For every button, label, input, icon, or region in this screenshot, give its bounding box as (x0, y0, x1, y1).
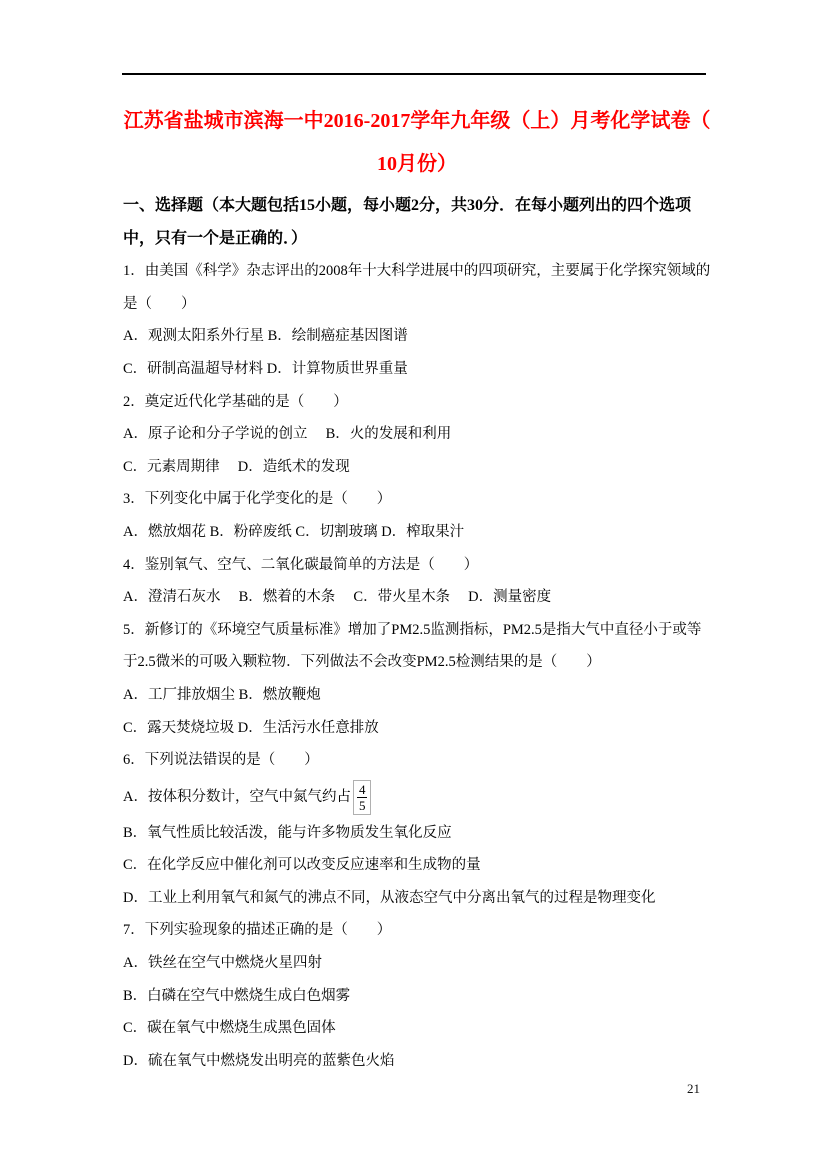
question-1-options-cd: C．研制高温超导材料 D．计算物质世界重量 (123, 353, 711, 386)
question-5-options-ab: A．工厂排放烟尘 B．燃放鞭炮 (123, 679, 711, 712)
question-7-stem: 7．下列实验现象的描述正确的是（ ） (123, 914, 711, 947)
question-6-option-b: B．氧气性质比较活泼，能与许多物质发生氧化反应 (123, 817, 711, 850)
question-6-stem: 6．下列说法错误的是（ ） (123, 744, 711, 777)
question-6-option-d: D．工业上利用氧气和氮气的沸点不同，从液态空气中分离出氧气的过程是物理变化 (123, 882, 711, 915)
question-4-options-abcd: A．澄清石灰水 B．燃着的木条 C．带火星木条 D．测量密度 (123, 581, 711, 614)
fraction-numerator: 4 (357, 782, 368, 798)
fraction-four-fifths: 45 (353, 780, 372, 815)
question-7-option-c: C．碳在氧气中燃烧生成黑色固体 (123, 1012, 711, 1045)
section-heading: 一、选择题（本大题包括15小题，每小题2分，共30分．在每小题列出的四个选项中，… (123, 190, 711, 255)
question-3-stem: 3．下列变化中属于化学变化的是（ ） (123, 483, 711, 516)
question-7-option-b: B．白磷在空气中燃烧生成白色烟雾 (123, 980, 711, 1013)
exam-title-line-2: 10月份） (123, 143, 711, 186)
question-7-option-d: D．硫在氧气中燃烧发出明亮的蓝紫色火焰 (123, 1045, 711, 1078)
question-6-option-a: A．按体积分数计，空气中氮气约占45 (123, 777, 711, 817)
page-number: 21 (687, 1081, 700, 1097)
question-2-options-cd: C．元素周期律 D．造纸术的发现 (123, 451, 711, 484)
fraction-denominator: 5 (357, 798, 368, 813)
question-1-options-ab: A．观测太阳系外行星 B．绘制癌症基因图谱 (123, 320, 711, 353)
question-6-option-a-text: A．按体积分数计，空气中氮气约占 (123, 789, 351, 805)
question-1-stem: 1．由美国《科学》杂志评出的2008年十大科学进展中的四项研究，主要属于化学探究… (123, 255, 711, 320)
question-3-options-abcd: A．燃放烟花 B．粉碎废纸 C．切割玻璃 D．榨取果汁 (123, 516, 711, 549)
question-4-stem: 4．鉴别氧气、空气、二氧化碳最简单的方法是（ ） (123, 549, 711, 582)
exam-title-line-1: 江苏省盐城市滨海一中2016-2017学年九年级（上）月考化学试卷（ (123, 100, 711, 143)
exam-title: 江苏省盐城市滨海一中2016-2017学年九年级（上）月考化学试卷（ 10月份） (123, 100, 711, 186)
question-6-option-c: C．在化学反应中催化剂可以改变反应速率和生成物的量 (123, 849, 711, 882)
question-2-stem: 2．奠定近代化学基础的是（ ） (123, 386, 711, 419)
question-2-options-ab: A．原子论和分子学说的创立 B．火的发展和利用 (123, 418, 711, 451)
question-5-options-cd: C．露天焚烧垃圾 D．生活污水任意排放 (123, 712, 711, 745)
top-border-line (122, 73, 706, 75)
question-7-option-a: A．铁丝在空气中燃烧火星四射 (123, 947, 711, 980)
question-5-stem: 5．新修订的《环境空气质量标准》增加了PM2.5监测指标，PM2.5是指大气中直… (123, 614, 711, 679)
page-content: 江苏省盐城市滨海一中2016-2017学年九年级（上）月考化学试卷（ 10月份）… (123, 100, 711, 1077)
